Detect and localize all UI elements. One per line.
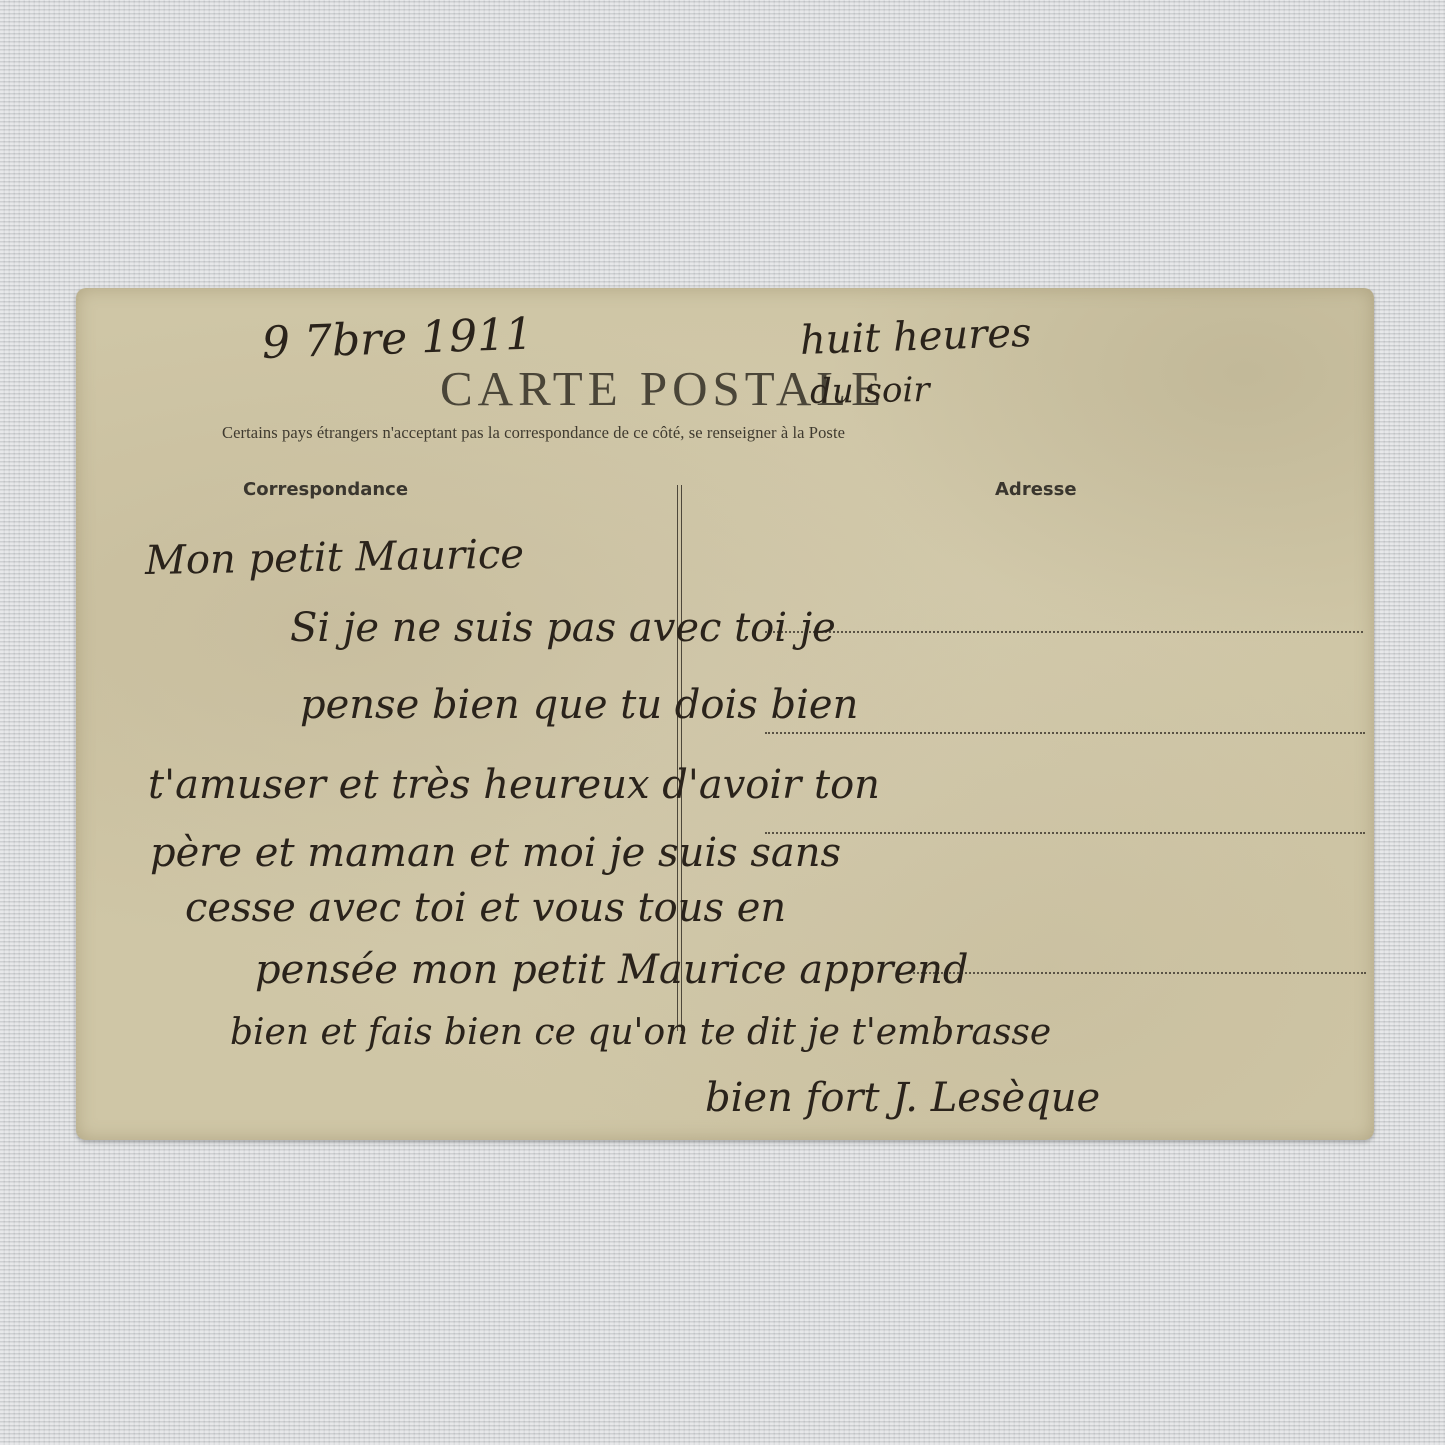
postal-notice: Certains pays étrangers n'acceptant pas … [222,423,845,443]
address-line [906,972,1366,974]
handwritten-time-suffix: du soir [810,370,930,412]
address-line [765,832,1365,834]
handwritten-time: huit heures [799,310,1032,364]
handwritten-line: pensée mon petit Maurice apprend [255,947,969,993]
handwritten-line: Si je ne suis pas avec toi je [290,605,836,651]
handwritten-line: cesse avec toi et vous tous en [185,885,786,931]
handwritten-line: père et maman et moi je suis sans [150,830,841,876]
handwritten-line: bien et fais bien ce qu'on te dit je t'e… [230,1012,1051,1053]
handwritten-line: Mon petit Maurice [145,531,525,584]
handwritten-line: pense bien que tu dois bien [300,682,858,728]
address-line [765,631,1363,633]
address-line [765,732,1365,734]
correspondence-label: Correspondance [243,479,408,500]
handwritten-date: 9 7bre 1911 [261,309,534,369]
handwritten-line: t'amuser et très heureux d'avoir ton [148,762,880,808]
handwritten-signature: bien fort J. Lesèque [705,1075,1100,1121]
address-label: Adresse [995,479,1077,500]
